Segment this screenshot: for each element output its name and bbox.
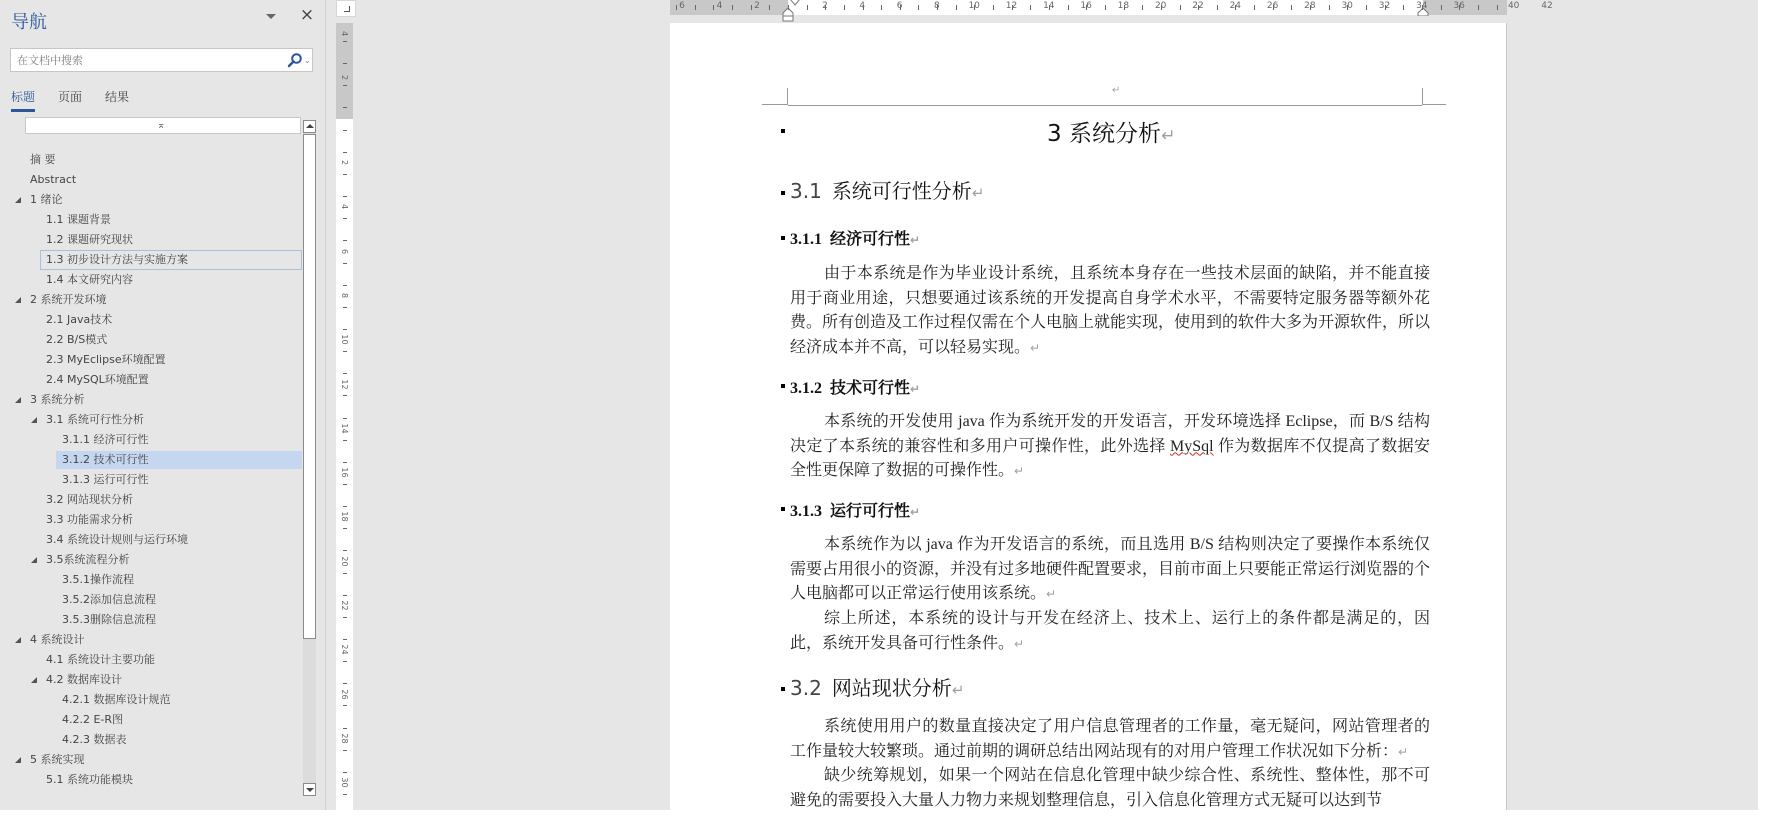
heading-bullet-icon <box>781 507 785 511</box>
heading-number: 3.2 <box>790 676 822 700</box>
nav-heading-item[interactable]: 5.1 系统功能模块 <box>0 770 302 790</box>
ruler-number: 16 <box>340 464 349 481</box>
ruler-tick <box>1422 5 1423 10</box>
ruler-tick <box>1478 5 1479 10</box>
ruler-tick <box>1068 5 1069 10</box>
heading-title: 运行可行性 <box>830 503 910 520</box>
ruler-tick <box>900 5 901 10</box>
nav-heading-label: 3.5.3删除信息流程 <box>62 610 156 630</box>
paragraph-mark: ↵ <box>1030 341 1040 355</box>
nav-heading-item[interactable]: 2.1 Java技术 <box>0 310 302 330</box>
ruler-tick <box>343 462 347 463</box>
nav-heading-label: 5 系统实现 <box>30 750 85 770</box>
nav-heading-label: 3.1 系统可行性分析 <box>46 410 144 430</box>
nav-heading-label: 3.5.2添加信息流程 <box>62 590 156 610</box>
tab-results[interactable]: 结果 <box>105 88 129 105</box>
nav-heading-item[interactable]: 3.5.3删除信息流程 <box>0 610 302 630</box>
nav-heading-item[interactable]: 2 系统开发环境 <box>0 290 302 310</box>
nav-scrollbar[interactable] <box>303 120 316 796</box>
ruler-number: 26 <box>340 686 349 703</box>
tab-selector-button[interactable] <box>336 0 356 17</box>
ruler-number: 4 <box>340 25 349 42</box>
nav-pane-title: 导航 <box>11 8 47 34</box>
nav-heading-item[interactable]: 2.3 MyEclipse环境配置 <box>0 350 302 370</box>
ruler-tick <box>1086 5 1087 10</box>
ruler-number: 30 <box>340 774 349 791</box>
ruler-tick <box>788 5 789 10</box>
ruler-tick <box>769 5 770 10</box>
ruler-tick <box>1497 5 1498 10</box>
heading-title: 经济可行性 <box>830 231 910 248</box>
heading-tree: 摘 要Abstract1 绪论1.1 课题背景1.2 课题研究现状1.3 初步设… <box>0 150 302 790</box>
scroll-up-arrow-icon[interactable] <box>303 120 316 133</box>
ruler-tick <box>1198 5 1199 10</box>
paragraph-mark: ↵ <box>1161 126 1175 146</box>
nav-heading-item[interactable]: 5 系统实现 <box>0 750 302 770</box>
search-input[interactable] <box>11 49 281 71</box>
paragraph-mark: ↵ <box>910 505 920 519</box>
nav-heading-label: 2.1 Java技术 <box>46 310 112 330</box>
ruler-tick <box>1254 5 1255 10</box>
paragraph-lack-of-planning: 缺少统筹规划，如果一个网站在信息化管理中缺少综合性、系统性、整体性，那不可避免的… <box>790 764 1430 810</box>
paragraph-text: 综上所述，本系统的设计与开发在经济上、技术上、运行上的条件都是满足的，因此，系统… <box>790 610 1430 652</box>
ruler-tick <box>343 506 347 507</box>
nav-heading-label: 2.4 MySQL环境配置 <box>46 370 149 390</box>
heading-title: 技术可行性 <box>830 380 910 397</box>
nav-heading-label: 3.4 系统设计规则与运行环境 <box>46 530 188 550</box>
ruler-number: 14 <box>340 420 349 437</box>
ruler-tick <box>1329 5 1330 10</box>
left-margin-shade <box>670 0 788 15</box>
ruler-tick <box>1235 5 1236 10</box>
ruler-tick <box>343 528 347 529</box>
nav-heading-item[interactable]: 4.2.3 数据表 <box>0 730 302 750</box>
nav-close-button[interactable]: × <box>298 5 316 25</box>
nav-heading-label: 3.3 功能需求分析 <box>46 510 133 530</box>
ruler-tick <box>1161 5 1162 10</box>
ruler-tick <box>343 440 347 441</box>
heading-3-1-2: 3.1.2技术可行性↵ <box>790 375 920 398</box>
ruler-tick <box>343 595 347 596</box>
nav-heading-label: 4.2.3 数据表 <box>62 730 127 750</box>
ruler-tick <box>343 573 347 574</box>
expand-triangle-icon[interactable] <box>15 397 21 403</box>
heading-bullet-icon <box>781 236 785 240</box>
search-options-chevron-icon[interactable]: ⌄ <box>304 53 311 69</box>
collapse-all-headings-button[interactable]: ⌅ <box>25 117 301 134</box>
ruler-tick <box>343 705 347 706</box>
heading-title: 系统可行性分析 <box>832 179 972 203</box>
ruler-tick <box>343 639 347 640</box>
paragraph-website-status: 系统使用用户的数量直接决定了用户信息管理者的工作量，毫无疑问，网站管理者的工作量… <box>790 715 1430 764</box>
expand-triangle-icon[interactable] <box>15 757 21 763</box>
paragraph-text: 由于本系统是作为毕业设计系统，且系统本身存在一些技术层面的缺陷，并不能直接用于商… <box>790 265 1430 356</box>
ruler-tick <box>1441 5 1442 10</box>
ruler-number: 24 <box>340 641 349 658</box>
nav-heading-label: 3.5.1操作流程 <box>62 570 134 590</box>
expand-triangle-icon[interactable] <box>31 417 37 423</box>
nav-heading-label: Abstract <box>30 170 76 190</box>
ruler-tick <box>751 5 752 10</box>
ruler-number: 2 <box>340 69 349 86</box>
crop-mark-top-right <box>1422 88 1446 105</box>
heading-number: 3.1.3 <box>790 503 822 520</box>
ruler-number: 2 <box>754 1 760 11</box>
ruler-tick <box>1459 5 1460 10</box>
ruler-tick <box>825 5 826 10</box>
paragraph-text: 缺少统筹规划，如果一个网站在信息化管理中缺少综合性、系统性、整体性，那不可避免的… <box>790 767 1430 809</box>
ruler-tick <box>343 418 347 419</box>
nav-heading-item[interactable]: 3.5.1操作流程 <box>0 570 302 590</box>
ruler-number: 6 <box>340 243 349 260</box>
nav-heading-label: 1.2 课题研究现状 <box>46 230 133 250</box>
paragraph-mark: ↵ <box>910 233 920 247</box>
ruler-number: 28 <box>340 730 349 747</box>
ruler-number: 4 <box>717 1 723 11</box>
nav-heading-item[interactable]: 3.1 系统可行性分析 <box>0 410 302 430</box>
paragraph-mark: ↵ <box>1046 587 1056 601</box>
heading-bullet-icon <box>781 384 785 388</box>
heading-number: 3.1.1 <box>790 231 822 248</box>
ruler-tick <box>1273 5 1274 10</box>
ruler-tick <box>343 285 347 286</box>
ruler-tick <box>343 263 347 264</box>
nav-heading-item[interactable]: 4 系统设计 <box>0 630 302 650</box>
ruler-tick <box>343 107 347 108</box>
ruler-number: 42 <box>1541 1 1552 11</box>
ruler-tick <box>956 5 957 10</box>
ruler-tick <box>343 85 347 86</box>
paragraph-mark: ↵ <box>910 382 920 396</box>
spelling-error-word[interactable]: MySql <box>1170 438 1214 455</box>
nav-heading-item[interactable]: 3.1.2 技术可行性 <box>0 450 302 470</box>
ruler-tick <box>343 130 347 131</box>
nav-heading-item[interactable]: 3.3 功能需求分析 <box>0 510 302 530</box>
heading-3-1-3: 3.1.3运行可行性↵ <box>790 498 920 521</box>
ruler-tick <box>1217 5 1218 10</box>
nav-heading-label: 4.2 数据库设计 <box>46 670 122 690</box>
ruler-tick <box>343 750 347 751</box>
nav-heading-label: 4 系统设计 <box>30 630 85 650</box>
paragraph-mark: ↵ <box>1398 745 1408 759</box>
ruler-tick <box>343 395 347 396</box>
nav-heading-item[interactable]: 3.2 网站现状分析 <box>0 490 302 510</box>
header-paragraph-mark: ↵ <box>1112 85 1120 96</box>
nav-heading-label: 摘 要 <box>30 150 56 170</box>
expand-triangle-icon[interactable] <box>31 677 37 683</box>
ruler-tick <box>732 5 733 10</box>
paragraph-operational-feasibility: 本系统作为以 java 作为开发语言的系统，而且选用 B/S 结构则决定了要操作… <box>790 533 1430 607</box>
nav-heading-item[interactable]: 2.4 MySQL环境配置 <box>0 370 302 390</box>
ruler-number: 18 <box>340 508 349 525</box>
ruler-tick <box>807 5 808 10</box>
nav-heading-item[interactable]: 4.1 系统设计主要功能 <box>0 650 302 670</box>
ruler-tick <box>343 41 347 42</box>
nav-heading-item[interactable]: 3.5.2添加信息流程 <box>0 590 302 610</box>
ruler-tick <box>343 240 347 241</box>
ruler-tick <box>343 484 347 485</box>
ruler-number: 6 <box>679 1 685 11</box>
paragraph-text: 系统使用用户的数量直接决定了用户信息管理者的工作量，毫无疑问，网站管理者的工作量… <box>790 718 1430 760</box>
heading-number: 3.1 <box>790 179 822 203</box>
nav-heading-item[interactable]: 2.2 B/S模式 <box>0 330 302 350</box>
nav-heading-item[interactable]: 1.4 本文研究内容 <box>0 270 302 290</box>
right-margin-shade <box>1423 0 1507 15</box>
nav-heading-item[interactable]: 1.1 课题背景 <box>0 210 302 230</box>
navigation-pane: 导航 × ⌄ 标题 页面 结果 ⌅ 摘 要Abstract1 绪论1.1 课题背… <box>0 0 326 810</box>
heading-title: 网站现状分析 <box>832 676 952 700</box>
nav-heading-item[interactable]: 3.5系统流程分析 <box>0 550 302 570</box>
ruler-number: 22 <box>340 597 349 614</box>
ruler-tick <box>844 5 845 10</box>
scroll-down-arrow-icon[interactable] <box>303 783 316 796</box>
horizontal-ruler[interactable]: 642246810121416182022242628303234364042 <box>670 0 1507 15</box>
nav-heading-item[interactable]: 3.1.3 运行可行性 <box>0 470 302 490</box>
nav-heading-label: 1.4 本文研究内容 <box>46 270 133 290</box>
collapse-icon: ⌅ <box>157 118 165 133</box>
scrollbar-thumb[interactable] <box>303 134 316 639</box>
nav-heading-item[interactable]: 4.2.2 E-R图 <box>0 710 302 730</box>
word-window: 导航 × ⌄ 标题 页面 结果 ⌅ 摘 要Abstract1 绪论1.1 课题背… <box>0 0 1758 810</box>
search-icon[interactable] <box>287 52 303 68</box>
nav-heading-label: 5.1 系统功能模块 <box>46 770 133 790</box>
nav-heading-item[interactable]: 3.4 系统设计规则与运行环境 <box>0 530 302 550</box>
nav-heading-label: 4.2.2 E-R图 <box>62 710 123 730</box>
nav-heading-item[interactable]: 摘 要 <box>0 150 302 170</box>
header-rule <box>788 105 1422 106</box>
heading-number: 3.1.2 <box>790 380 822 397</box>
ruler-tick <box>343 329 347 330</box>
ruler-tick <box>695 5 696 10</box>
ruler-number: 10 <box>340 331 349 348</box>
ruler-tick <box>343 152 347 153</box>
nav-heading-label: 3.2 网站现状分析 <box>46 490 133 510</box>
nav-heading-label: 4.1 系统设计主要功能 <box>46 650 155 670</box>
ruler-tick <box>676 5 677 10</box>
ruler-tick <box>1291 5 1292 10</box>
ruler-tick <box>343 373 347 374</box>
ruler-tick <box>918 5 919 10</box>
ruler-tick <box>881 5 882 10</box>
ruler-tick <box>1403 5 1404 10</box>
nav-heading-label: 1.1 课题背景 <box>46 210 111 230</box>
nav-heading-label: 3 系统分析 <box>30 390 85 410</box>
crop-mark-top-left <box>762 88 788 105</box>
ruler-tick <box>1180 5 1181 10</box>
nav-heading-item[interactable]: 3.1.1 经济可行性 <box>0 430 302 450</box>
ruler-tick <box>937 5 938 10</box>
ruler-tick <box>1105 5 1106 10</box>
ruler-tick <box>1049 5 1050 10</box>
heading-3-2: 3.2网站现状分析↵ <box>790 672 964 701</box>
nav-options-dropdown-icon[interactable] <box>263 10 279 24</box>
ruler-tick <box>1012 5 1013 10</box>
paragraph-mark: ↵ <box>952 681 965 699</box>
ruler-tick <box>343 351 347 352</box>
heading-3-1: 3.1系统可行性分析↵ <box>790 175 984 204</box>
ruler-tick <box>343 550 347 551</box>
ruler-tick <box>343 683 347 684</box>
ruler-tick <box>343 661 347 662</box>
heading-3-1-1: 3.1.1经济可行性↵ <box>790 226 920 249</box>
expand-triangle-icon[interactable] <box>15 637 21 643</box>
nav-heading-item[interactable]: 3 系统分析 <box>0 390 302 410</box>
nav-heading-label: 1.3 初步设计方法与实施方案 <box>46 250 188 270</box>
ruler-tick <box>1030 5 1031 10</box>
expand-triangle-icon[interactable] <box>15 297 21 303</box>
vertical-ruler[interactable]: 4224681012141618202224262830 <box>336 23 353 810</box>
nav-heading-label: 2.3 MyEclipse环境配置 <box>46 350 166 370</box>
paragraph-economic-feasibility: 由于本系统是作为毕业设计系统，且系统本身存在一些技术层面的缺陷，并不能直接用于商… <box>790 262 1430 361</box>
nav-heading-label: 2.2 B/S模式 <box>46 330 107 350</box>
first-line-indent-marker-icon[interactable] <box>789 0 801 6</box>
ruler-number: 12 <box>340 376 349 393</box>
nav-heading-label: 3.5系统流程分析 <box>46 550 130 570</box>
ruler-number: 40 <box>1508 1 1519 11</box>
ruler-tick <box>343 794 347 795</box>
paragraph-technical-feasibility: 本系统的开发使用 java 作为系统开发的开发语言，开发环境选择 Eclipse… <box>790 410 1430 484</box>
nav-heading-label: 3.1.3 运行可行性 <box>62 470 149 490</box>
nav-search-box[interactable]: ⌄ <box>10 48 313 72</box>
ruler-tick <box>1366 5 1367 10</box>
nav-heading-item[interactable]: 4.2 数据库设计 <box>0 670 302 690</box>
ruler-number: 4 <box>340 198 349 215</box>
ruler-tick <box>343 218 347 219</box>
nav-heading-label: 3.1.2 技术可行性 <box>62 450 149 470</box>
nav-heading-item[interactable]: 4.2.1 数据库设计规范 <box>0 690 302 710</box>
ruler-tick <box>343 728 347 729</box>
ruler-tick <box>343 63 347 64</box>
nav-heading-item[interactable]: 1.3 初步设计方法与实施方案 <box>0 250 302 270</box>
heading-bullet-icon <box>781 191 785 195</box>
tab-pages[interactable]: 页面 <box>58 88 82 105</box>
nav-heading-label: 2 系统开发环境 <box>30 290 107 310</box>
nav-heading-label: 1 绪论 <box>30 190 63 210</box>
ruler-number: 2 <box>340 154 349 171</box>
ruler-tick <box>993 5 994 10</box>
chapter-title: 3 系统分析 <box>1047 121 1161 147</box>
ruler-tick <box>713 5 714 10</box>
ruler-tick <box>863 5 864 10</box>
ruler-tick <box>343 307 347 308</box>
paragraph-mark: ↵ <box>1014 464 1024 478</box>
ruler-tick <box>343 617 347 618</box>
ruler-tick <box>974 5 975 10</box>
paragraph-summary: 综上所述，本系统的设计与开发在经济上、技术上、运行上的条件都是满足的，因此，系统… <box>790 607 1430 656</box>
document-page[interactable]: ↵ 3 系统分析↵ 3.1系统可行性分析↵ 3.1.1经济可行性↵ 由于本系统是… <box>670 23 1507 810</box>
ruler-tick <box>343 772 347 773</box>
heading-bullet-icon <box>781 129 785 133</box>
ruler-tick <box>1142 5 1143 10</box>
paragraph-text: 本系统作为以 java 作为开发语言的系统，而且选用 B/S 结构则决定了要操作… <box>790 536 1430 602</box>
nav-heading-label: 3.1.1 经济可行性 <box>62 430 149 450</box>
ruler-tick <box>1347 5 1348 10</box>
ruler-tick <box>343 196 347 197</box>
ruler-tick <box>1310 5 1311 10</box>
expand-triangle-icon[interactable] <box>31 557 37 563</box>
heading-bullet-icon <box>781 687 785 691</box>
ruler-tick <box>1124 5 1125 10</box>
nav-heading-label: 4.2.1 数据库设计规范 <box>62 690 171 710</box>
ruler-tick <box>1385 5 1386 10</box>
paragraph-mark: ↵ <box>1014 637 1024 651</box>
chapter-heading: 3 系统分析↵ <box>1047 115 1175 148</box>
ruler-tick <box>343 174 347 175</box>
ruler-number: 8 <box>340 287 349 304</box>
paragraph-mark: ↵ <box>972 184 985 202</box>
expand-triangle-icon[interactable] <box>15 197 21 203</box>
nav-heading-item[interactable]: Abstract <box>0 170 302 190</box>
nav-heading-item[interactable]: 1.2 课题研究现状 <box>0 230 302 250</box>
nav-heading-item[interactable]: 1 绪论 <box>0 190 302 210</box>
tab-headings[interactable]: 标题 <box>11 88 35 105</box>
ruler-number: 20 <box>340 553 349 570</box>
